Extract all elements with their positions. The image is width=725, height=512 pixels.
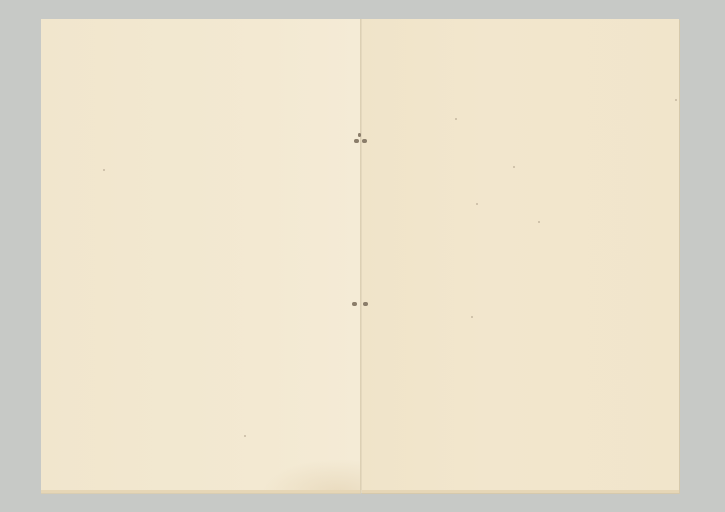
page-bottom-edge bbox=[41, 490, 361, 493]
paper-speck bbox=[455, 118, 457, 120]
paper-speck bbox=[538, 221, 540, 223]
paper-speck bbox=[513, 166, 515, 168]
stitch-hole bbox=[354, 139, 359, 143]
paper-speck bbox=[476, 203, 478, 205]
page-bottom-edge bbox=[361, 490, 679, 493]
stitch-hole bbox=[358, 133, 361, 137]
left-page bbox=[41, 19, 361, 493]
right-page bbox=[361, 19, 679, 493]
water-stain bbox=[261, 459, 371, 493]
paper-speck bbox=[675, 99, 677, 101]
paper-speck bbox=[471, 316, 473, 318]
stitch-hole bbox=[363, 302, 368, 306]
booklet-spread bbox=[41, 19, 679, 493]
center-fold bbox=[360, 19, 362, 493]
stitch-hole bbox=[352, 302, 357, 306]
stitch-hole bbox=[362, 139, 367, 143]
paper-speck bbox=[244, 435, 246, 437]
paper-speck bbox=[103, 169, 105, 171]
